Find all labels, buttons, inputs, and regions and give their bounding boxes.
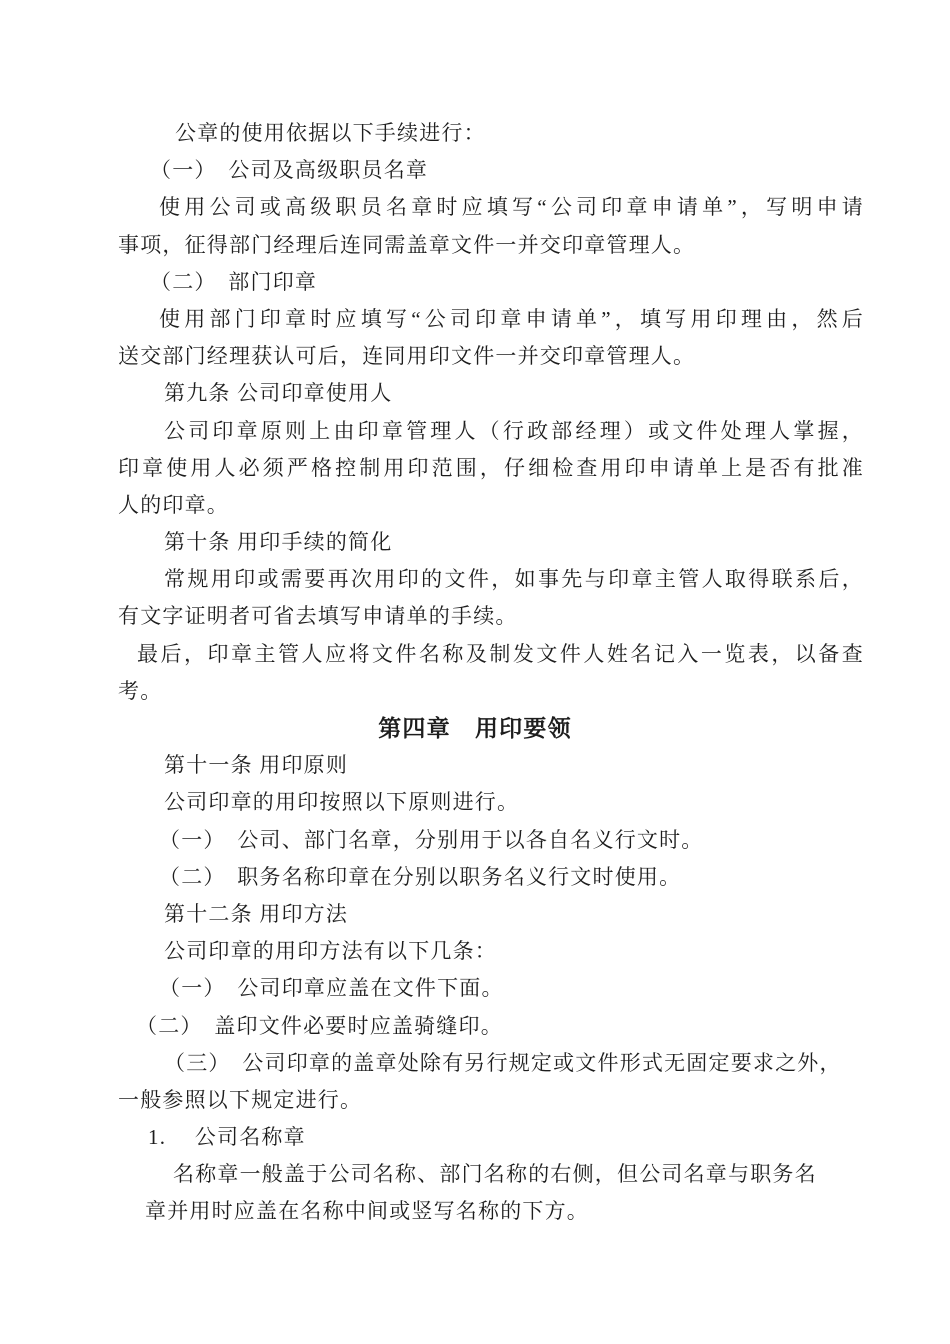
doc-line: （二） 职务名称印章在分别以职务名义行文时使用。	[118, 859, 864, 896]
doc-line: 送交部门经理获认可后，连同用印文件一并交印章管理人。	[118, 338, 864, 375]
doc-line: 第十条 用印手续的简化	[118, 524, 864, 561]
document-page: 公章的使用依据以下手续进行： （一） 公司及高级职员名章 使用公司或高级职员名章…	[0, 0, 950, 1344]
doc-line: 最后，印章主管人应将文件名称及制发文件人姓名记入一览表，以备查	[118, 636, 864, 673]
doc-line: 1. 公司名称章	[118, 1119, 864, 1156]
doc-line: 印章使用人必须严格控制用印范围，仔细检查用印申请单上是否有批准	[118, 450, 864, 487]
doc-line: （二） 部门印章	[118, 264, 864, 301]
doc-line: 名称章一般盖于公司名称、部门名称的右侧，但公司名章与职务名	[118, 1156, 864, 1193]
doc-line: 章并用时应盖在名称中间或竖写名称的下方。	[118, 1193, 864, 1230]
doc-line: 第九条 公司印章使用人	[118, 375, 864, 412]
doc-line: 考。	[118, 673, 864, 710]
doc-line: （一） 公司、部门名章，分别用于以各自名义行文时。	[118, 822, 864, 859]
doc-line: 公章的使用依据以下手续进行：	[118, 115, 864, 152]
doc-line: 事项，征得部门经理后连同需盖章文件一并交印章管理人。	[118, 227, 864, 264]
doc-line: （二） 盖印文件必要时应盖骑缝印。	[118, 1008, 864, 1045]
doc-line: 公司印章的用印按照以下原则进行。	[118, 784, 864, 821]
doc-line: 常规用印或需要再次用印的文件，如事先与印章主管人取得联系后，	[118, 561, 864, 598]
text-block: 公章的使用依据以下手续进行： （一） 公司及高级职员名章 使用公司或高级职员名章…	[118, 115, 864, 1231]
chapter-heading: 第四章 用印要领	[0, 710, 950, 747]
doc-line: （一） 公司及高级职员名章	[118, 152, 864, 189]
doc-line: 使用部门印章时应填写“公司印章申请单”，填写用印理由，然后	[118, 301, 864, 338]
doc-line: 有文字证明者可省去填写申请单的手续。	[118, 598, 864, 635]
doc-line: 第十一条 用印原则	[118, 747, 864, 784]
doc-line: 第十二条 用印方法	[118, 896, 864, 933]
doc-line: 一般参照以下规定进行。	[118, 1082, 864, 1119]
doc-line: （一） 公司印章应盖在文件下面。	[118, 970, 864, 1007]
doc-line: 使用公司或高级职员名章时应填写“公司印章申请单”，写明申请	[118, 189, 864, 226]
doc-line: 公司印章原则上由印章管理人（行政部经理）或文件处理人掌握，	[118, 413, 864, 450]
doc-line: （三） 公司印章的盖章处除有另行规定或文件形式无固定要求之外，	[118, 1045, 864, 1082]
doc-line: 人的印章。	[118, 487, 864, 524]
doc-line: 公司印章的用印方法有以下几条：	[118, 933, 864, 970]
